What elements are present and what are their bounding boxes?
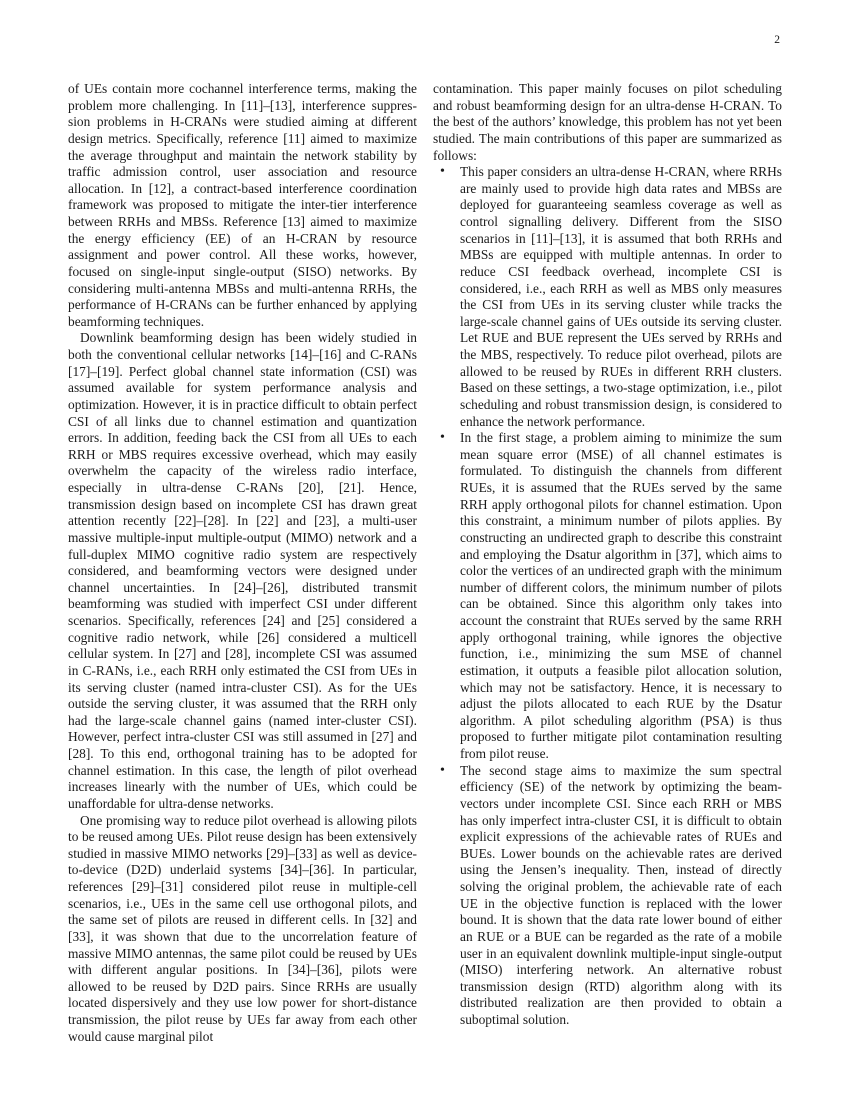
contribution-item-first-stage: In the first stage, a problem aiming to … <box>460 430 782 763</box>
page-number: 2 <box>774 33 780 47</box>
paragraph-contributions-intro: contamination. This paper mainly focuses… <box>433 81 782 164</box>
contribution-item-second-stage: The second stage aims to maximize the su… <box>460 763 782 1029</box>
paragraph-pilot-reuse: One promising way to reduce pilot overhe… <box>68 813 417 1046</box>
paragraph-downlink-beamforming: Downlink beamforming design has been wid… <box>68 330 417 812</box>
left-column: of UEs contain more cochannel interferen… <box>68 81 417 1045</box>
contribution-item-system-model: This paper considers an ultra-dense H-CR… <box>460 164 782 430</box>
contributions-list: This paper considers an ultra-dense H-CR… <box>433 164 782 1029</box>
paragraph-continuation: of UEs contain more cochannel interferen… <box>68 81 417 330</box>
right-column: contamination. This paper mainly focuses… <box>433 81 782 1029</box>
